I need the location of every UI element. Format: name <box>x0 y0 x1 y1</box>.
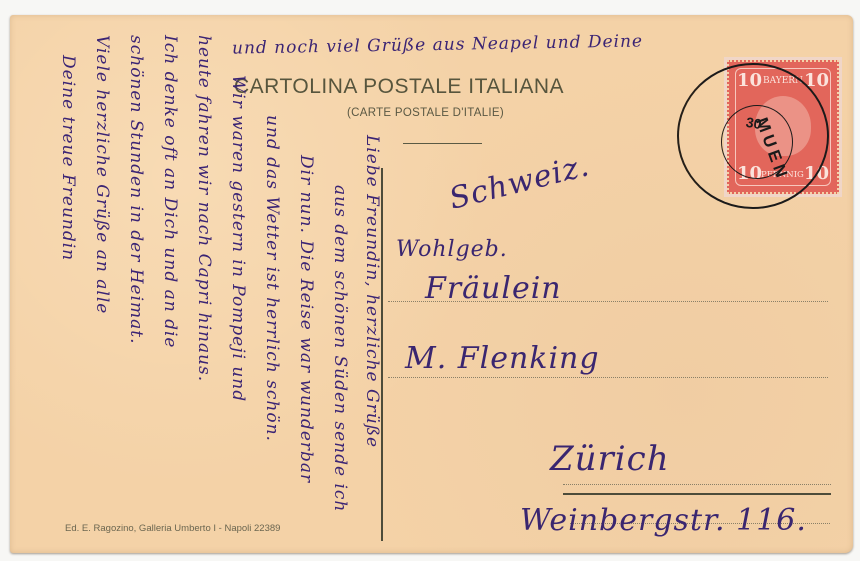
address-line-2 <box>388 377 828 378</box>
postcard-subtitle: (CARTE POSTALE D'ITALIE) <box>347 107 504 119</box>
address-country: Schweiz. <box>446 148 593 217</box>
address-city-rule <box>563 493 831 495</box>
message-column: Dir nun. Die Reise war wunderbar <box>296 155 316 483</box>
address-city: Zürich <box>550 439 670 479</box>
message-column: Viele herzliche Grüße an alle <box>92 35 112 314</box>
message-column: Deine treue Freundin <box>58 55 78 261</box>
message-column: Liebe Freundin, herzliche Grüße <box>362 135 382 448</box>
postcard: CARTOLINA POSTALE ITALIANA (CARTE POSTAL… <box>10 15 853 553</box>
address-salutation: Wohlgeb. <box>396 237 508 262</box>
message-column: Ich denke oft an Dich und an die <box>160 35 180 349</box>
header-rule <box>403 143 482 144</box>
address-street: Weinbergstr. 116. <box>520 503 807 538</box>
message-column: heute fahren wir nach Capri hinaus. <box>194 35 214 382</box>
message-column: Wir waren gestern in Pompeji und <box>228 75 248 402</box>
publisher-imprint: Ed. E. Ragozino, Galleria Umberto I - Na… <box>65 523 280 534</box>
address-line-3 <box>563 484 831 485</box>
message-top-line: und noch viel Grüße aus Neapel und Deine <box>232 31 643 58</box>
message-column: und das Wetter ist herrlich schön. <box>262 115 282 442</box>
message-column: schönen Stunden in der Heimat. <box>126 35 146 345</box>
postmark-day: 30 <box>745 114 763 132</box>
postcard-title: CARTOLINA POSTALE ITALIANA <box>234 75 564 99</box>
message-column: aus dem schönen Süden sende ich <box>330 185 350 512</box>
address-title: Fräulein <box>425 271 562 306</box>
address-name: M. Flenking <box>405 341 600 376</box>
